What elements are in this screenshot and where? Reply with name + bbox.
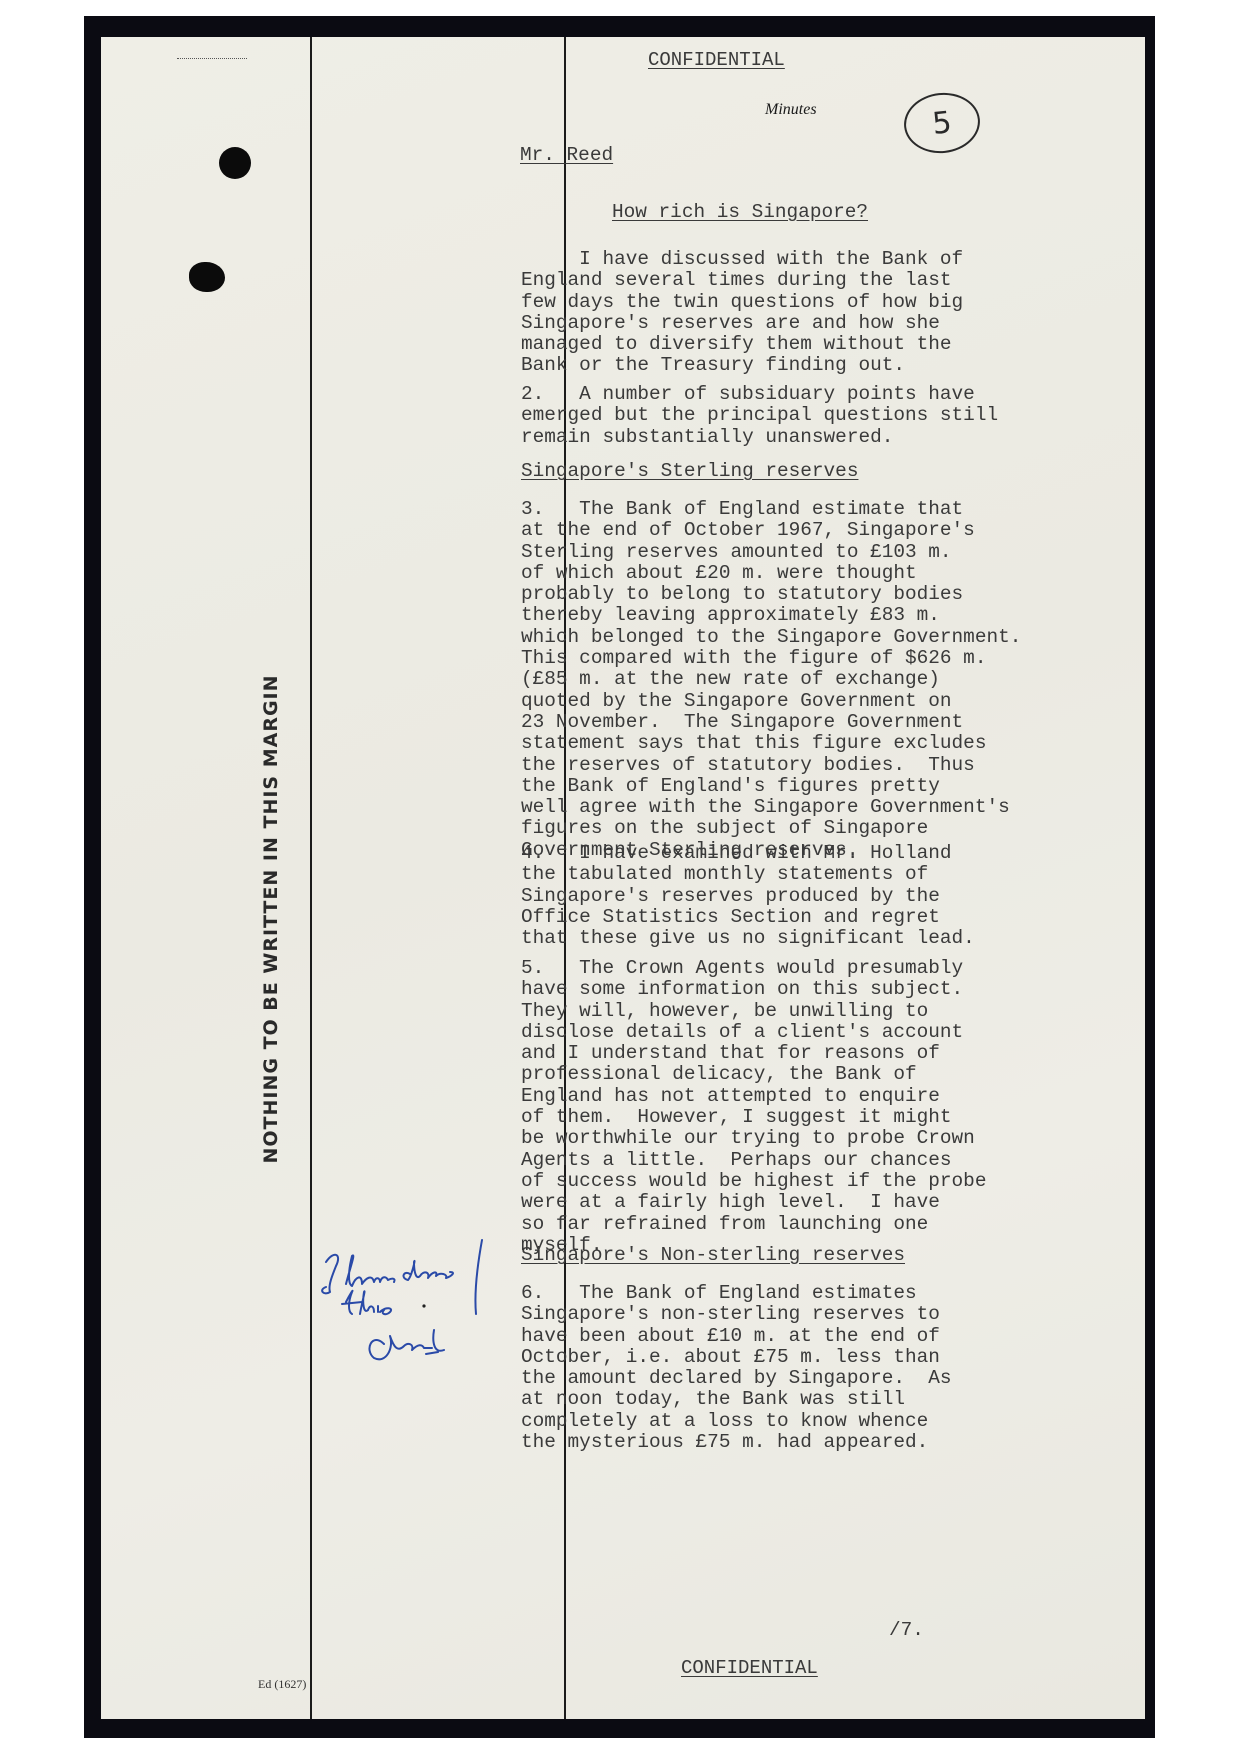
classification-bottom: CONFIDENTIAL [681, 1657, 818, 1679]
folio-number: 5 [901, 89, 983, 157]
paragraph-2: 2. A number of subsiduary points have em… [521, 384, 998, 448]
subject-title: How rich is Singapore? [612, 202, 868, 223]
staple-mark [177, 58, 247, 63]
paragraph-4: 4. I have examined with Mr. Holland the … [521, 843, 975, 949]
heading-sterling-reserves: Singapore's Sterling reserves [521, 461, 858, 482]
paragraph-5: 5. The Crown Agents would presumably hav… [521, 958, 986, 1256]
paragraph-3: 3. The Bank of England estimate that at … [521, 499, 1021, 861]
continuation-marker: /7. [889, 1620, 924, 1641]
heading-non-sterling-reserves: Singapore's Non-sterling reserves [521, 1245, 905, 1266]
addressee: Mr. Reed [520, 145, 613, 166]
margin-rule [310, 37, 312, 1719]
paragraph-6: 6. The Bank of England estimates Singapo… [521, 1283, 952, 1453]
form-code: Ed (1627) [258, 1677, 306, 1692]
punch-hole-torn [189, 262, 225, 292]
handwritten-annotation [306, 1232, 506, 1372]
minute-sheet: NOTHING TO BE WRITTEN IN THIS MARGIN Ed … [101, 37, 1145, 1719]
form-label: Minutes [765, 101, 817, 119]
classification-top: CONFIDENTIAL [648, 49, 785, 71]
paragraph-1: I have discussed with the Bank of Englan… [521, 249, 963, 377]
punch-hole [219, 147, 251, 179]
margin-notice: NOTHING TO BE WRITTEN IN THIS MARGIN [260, 674, 282, 1163]
